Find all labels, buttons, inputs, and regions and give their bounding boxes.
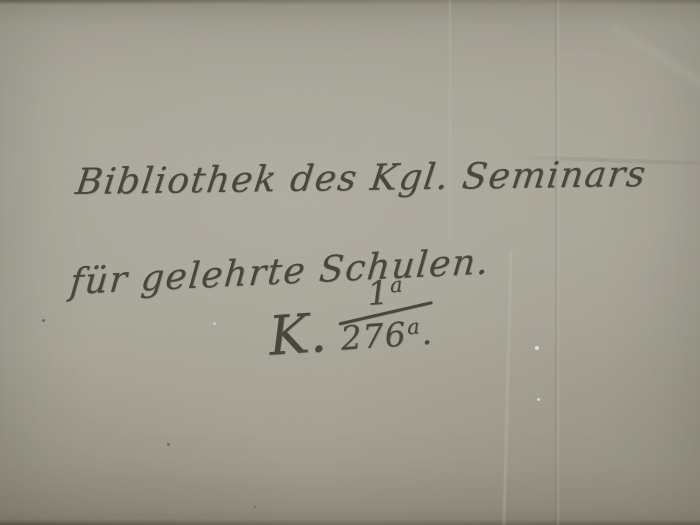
book-endpaper-photo: Bibliothek des Kgl. Seminars für gelehrt… <box>0 0 700 525</box>
paper-texture <box>0 0 700 525</box>
